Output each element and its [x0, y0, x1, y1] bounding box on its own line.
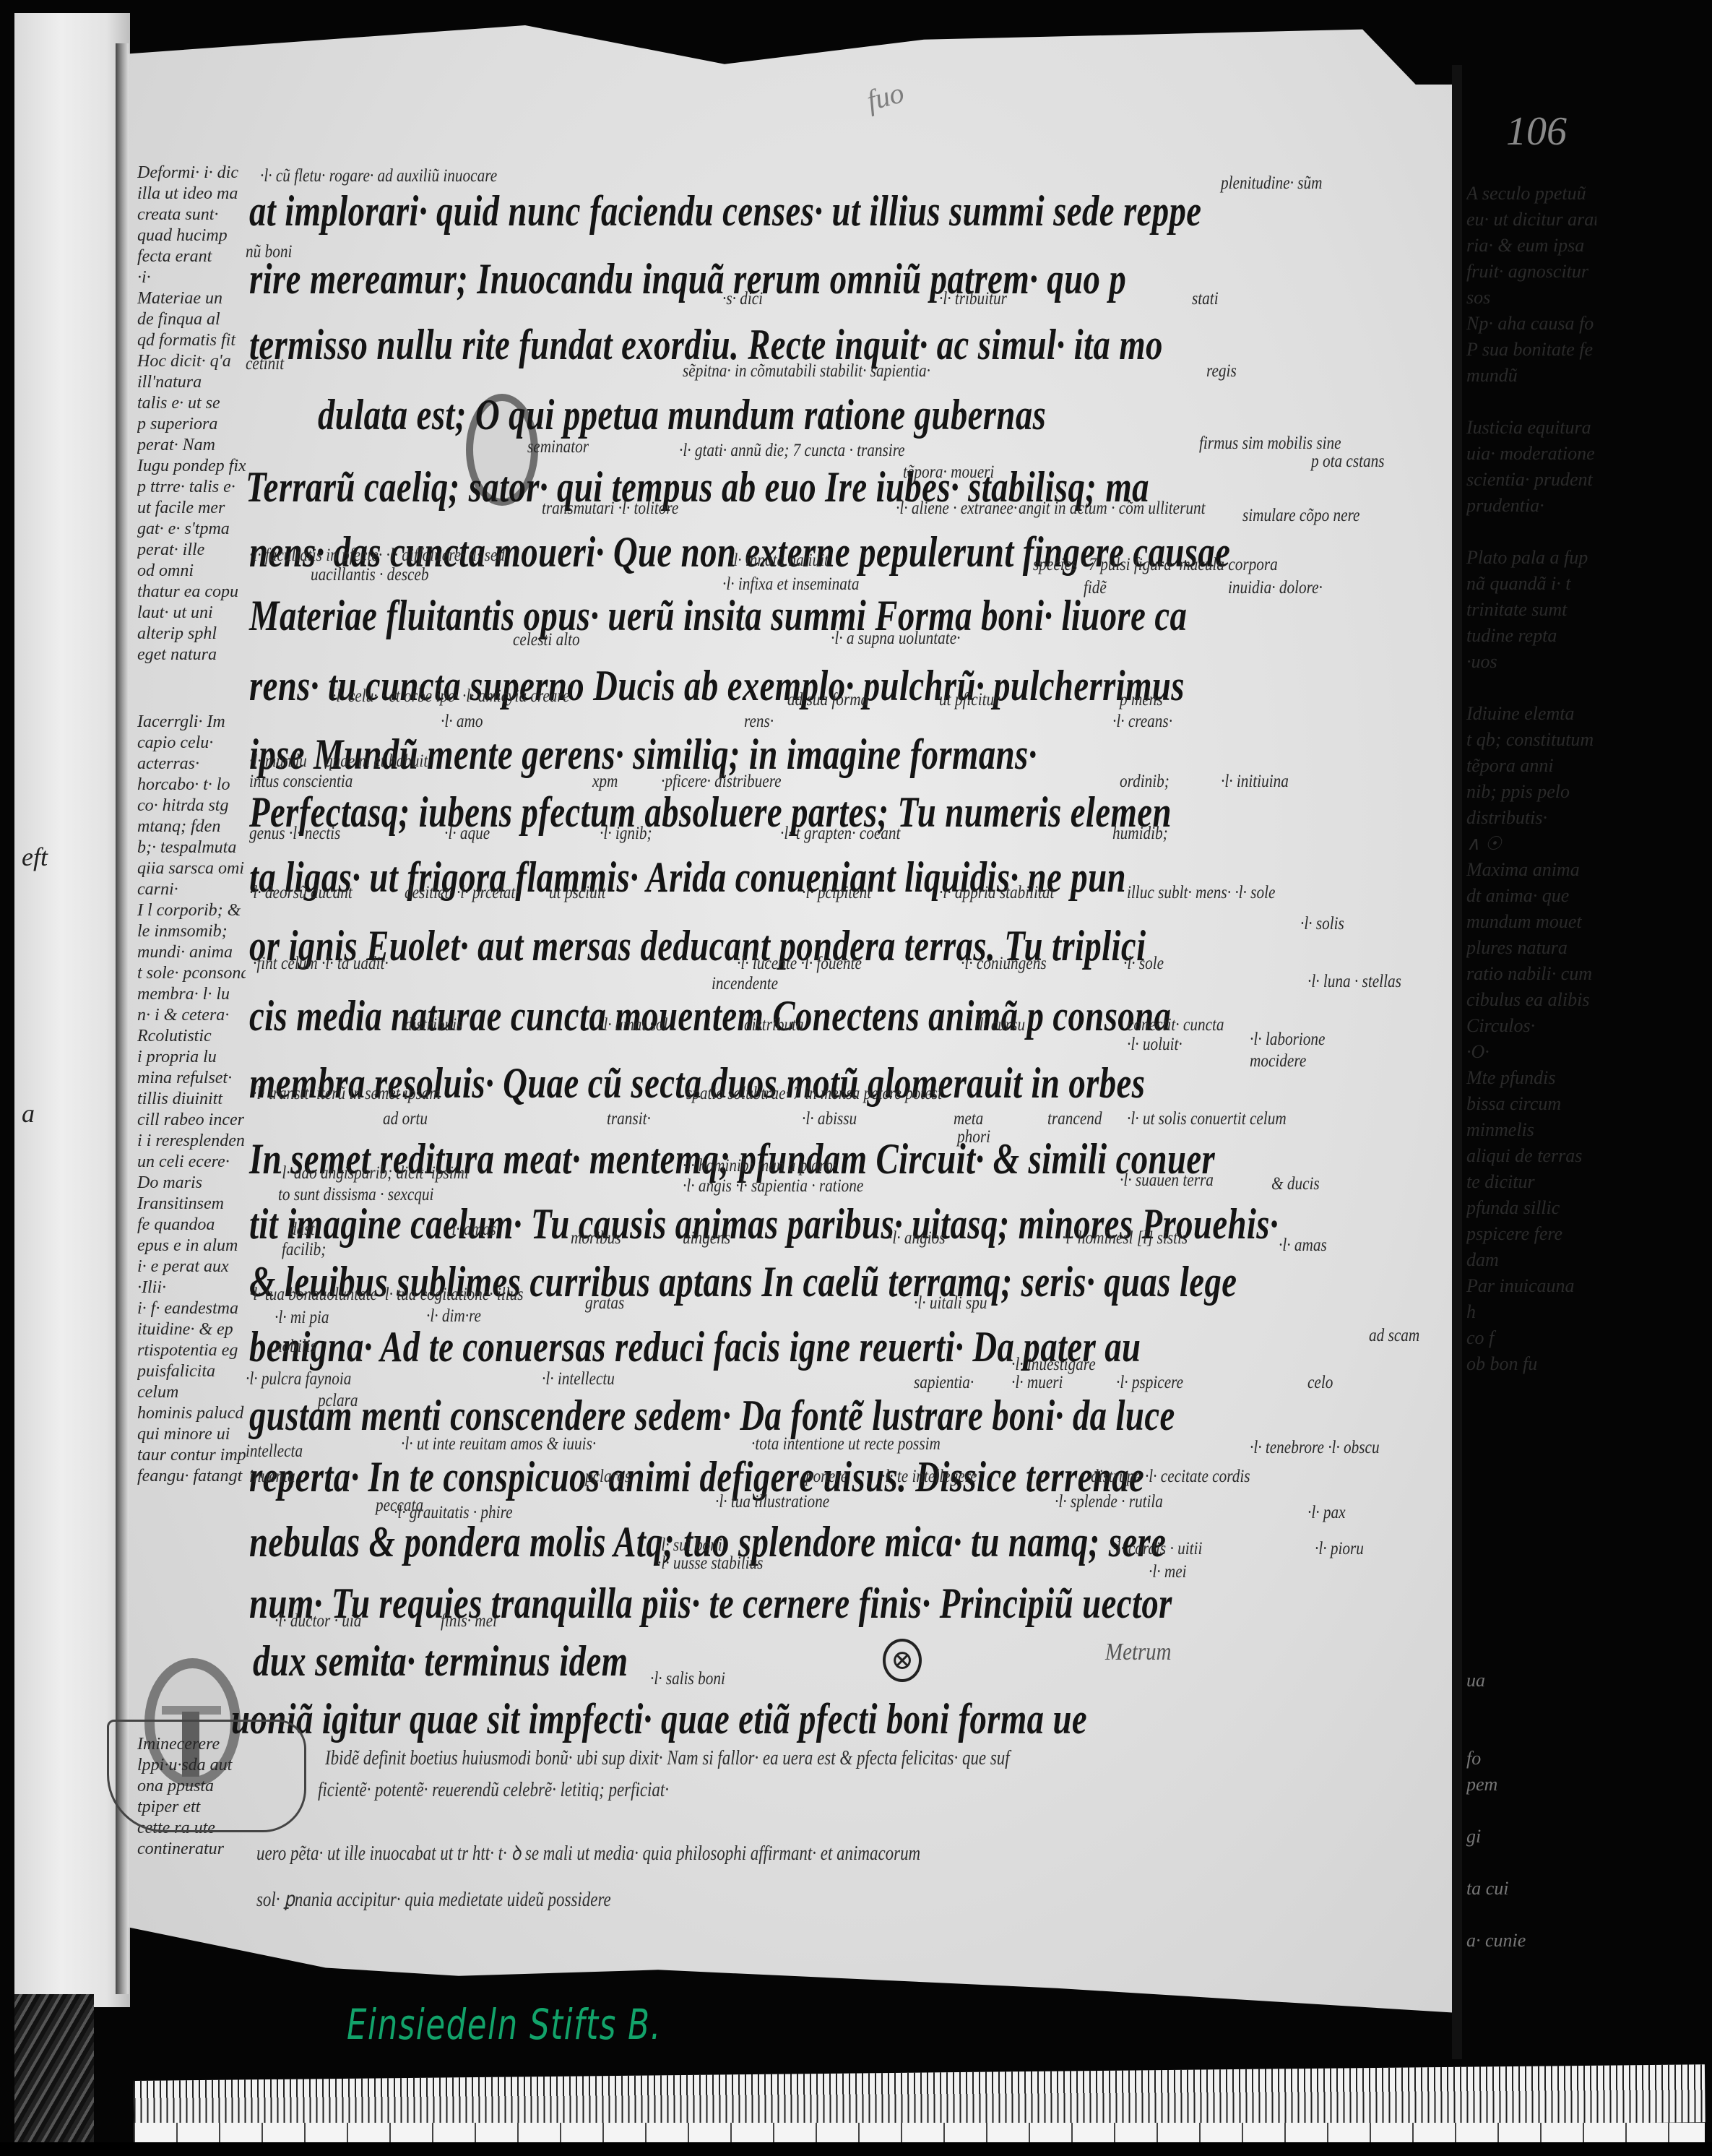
margin-gloss-line: bissa circum — [1466, 1091, 1596, 1117]
margin-gloss-line: uia· moderatione — [1466, 441, 1596, 467]
text-line: benigna· Ad te conuersas reduci facis ig… — [249, 1322, 1141, 1372]
text-line: Materiae fluitantis opus· uerũ insita su… — [249, 591, 1187, 641]
margin-gloss-line: rtispotentia eg — [137, 1340, 246, 1361]
marginal-note-box — [107, 1720, 306, 1832]
interlinear-gloss: ·l· amas — [448, 1220, 496, 1240]
interlinear-gloss: ·l· splende · rutila — [1055, 1492, 1163, 1512]
margin-gloss-line: te dicitur — [1466, 1169, 1596, 1195]
margin-gloss-line: p ttrre· talis e· — [137, 477, 246, 498]
interlinear-gloss: ·l· sui boni — [657, 1535, 722, 1556]
interlinear-gloss: dast — [289, 1220, 314, 1240]
margin-gloss-line: Rcolutistic — [137, 1026, 246, 1047]
binding-gutter — [116, 43, 129, 1994]
interlinear-gloss: ·l· pspicere — [1116, 1373, 1183, 1393]
interlinear-gloss: ·l· facultatis in pfecte· ·l· diffoluere… — [249, 546, 505, 566]
interlinear-gloss: celo — [1307, 1373, 1333, 1393]
margin-gloss-line — [1466, 1616, 1596, 1642]
interlinear-gloss: ·l· te intellegere — [881, 1467, 977, 1487]
margin-gloss-line: ·i· — [137, 267, 246, 288]
interlinear-gloss: ·l· intellectu — [542, 1369, 615, 1389]
margin-gloss-line: h — [1466, 1299, 1596, 1325]
interlinear-gloss: ·l· hominib; man a plarb· — [683, 1156, 836, 1176]
interlinear-gloss: spatio solubtrae· 7 in mensa petere pote… — [686, 1084, 942, 1104]
interlinear-gloss: & ducis — [1271, 1174, 1320, 1194]
interlinear-gloss: ·l· angis ·l· sapientia · ratione — [683, 1176, 863, 1196]
margin-gloss-line: qd formatis fit — [137, 330, 246, 351]
right-margin-block: uafopemgita cuia· cunie — [1466, 1590, 1596, 1954]
text-line: dux semita· terminus idem — [253, 1637, 628, 1686]
margin-gloss-line: mundi· anima — [137, 942, 246, 963]
interlinear-gloss: ·s· dici — [722, 289, 763, 309]
margin-gloss-line: Par inuicauna — [1466, 1273, 1596, 1299]
margin-gloss-line: cill rabeo incer — [137, 1110, 246, 1131]
margin-gloss-line — [1466, 519, 1596, 545]
margin-gloss-line: i i reresplendent — [137, 1131, 246, 1152]
margin-gloss-line: eu· ut dicitur arat — [1466, 207, 1596, 233]
margin-gloss-line: tẽpora anni — [1466, 753, 1596, 779]
interlinear-gloss: ·l· luna · stellas — [1307, 972, 1401, 992]
interlinear-gloss: desitiet· ·l· prcelat· — [405, 883, 519, 903]
interlinear-gloss: ·l· uitali spu — [914, 1293, 987, 1314]
interlinear-gloss: intus conscientia — [249, 772, 353, 792]
book-edge-texture — [14, 1994, 94, 2153]
text-line: cis media naturae cuncta mouentem Conect… — [249, 991, 1171, 1041]
text-line: uoniã igitur quae sit impfecti· quae eti… — [231, 1694, 1087, 1744]
commentary-line: sol· ꝑnania accipitur· quia medietate ui… — [256, 1887, 611, 1912]
margin-gloss-line: n· i & cetera· — [137, 1005, 246, 1026]
margin-gloss-line: alterip sphl — [137, 624, 246, 644]
interlinear-gloss: ·l· salis boni — [650, 1669, 725, 1689]
margin-gloss-line: de finqua al — [137, 309, 246, 330]
margin-gloss-line: pem — [1466, 1772, 1596, 1798]
interlinear-gloss: ·l· ut inte reuitam amos & iuuis· — [401, 1434, 596, 1454]
margin-gloss-line: Circulos· — [1466, 1013, 1596, 1039]
margin-gloss-line — [1466, 1902, 1596, 1928]
margin-gloss-line: dt anima· que — [1466, 883, 1596, 909]
interlinear-gloss: sẽpitna· in cõmutabili stabilit· sapient… — [683, 361, 930, 381]
margin-gloss-line: ill'natura — [137, 372, 246, 393]
interlinear-gloss: ·l· aque — [444, 824, 490, 844]
photo-frame: eft a 106 fuo at implorari· quid nunc fa… — [0, 0, 1712, 2156]
margin-gloss-line: contineratur — [137, 1839, 246, 1860]
interlinear-gloss: to sunt dissisma · sexcqui — [278, 1185, 433, 1205]
margin-gloss-line: plures natura — [1466, 935, 1596, 961]
interlinear-gloss: celesti alto — [513, 630, 580, 650]
margin-gloss-line: ta cui — [1466, 1876, 1596, 1902]
interlinear-gloss: ·l· innata natiuit — [730, 551, 829, 571]
interlinear-gloss: ponere — [805, 1467, 847, 1487]
interlinear-gloss: ·l· aliene · extranee· — [896, 499, 1017, 519]
margin-gloss-line: Np· aha causa fo — [1466, 311, 1596, 337]
interlinear-gloss: ·l· tenebrore ·l· obscu — [1250, 1438, 1380, 1458]
interlinear-gloss: ·l· uusse stabilius — [657, 1553, 763, 1574]
interlinear-gloss: ad scam — [1369, 1326, 1419, 1346]
left-folded-leaf — [14, 13, 130, 2007]
margin-gloss-line: ob bon fu — [1466, 1351, 1596, 1377]
margin-gloss-line: Idiuine elemta — [1466, 701, 1596, 727]
margin-gloss-line: i· f· eandestma — [137, 1298, 246, 1319]
interlinear-gloss: simulare cõpo nere — [1242, 506, 1359, 526]
interlinear-gloss: p mens — [1120, 690, 1163, 710]
left-leaf-note: a — [22, 1098, 35, 1129]
interlinear-gloss: fidẽ — [1084, 578, 1107, 598]
margin-gloss-line — [1466, 1720, 1596, 1746]
margin-gloss-line: membra· l· lu — [137, 984, 246, 1005]
margin-gloss-line: epus e in alum — [137, 1236, 246, 1256]
interlinear-gloss: firmus sim mobilis sine — [1199, 434, 1341, 454]
commentary-line: ficientẽ· potentẽ· reuerendũ celebrẽ· le… — [318, 1779, 669, 1802]
margin-gloss-line: le inmsomib; — [137, 921, 246, 942]
margin-gloss-line: od omni — [137, 561, 246, 582]
library-shelfmark: Einsiedeln Stifts B. — [347, 2000, 662, 2049]
interlinear-gloss: ordinib; — [1120, 772, 1170, 792]
margin-gloss-line: i· e perat aux — [137, 1256, 246, 1277]
interlinear-gloss: cetinit — [246, 354, 284, 374]
interlinear-gloss: nobilis — [274, 1337, 316, 1357]
interlinear-gloss: ·l· pcipitent — [802, 883, 871, 903]
commentary-line: Ibidẽ definit boetius huiusmodi bonũ· ub… — [325, 1747, 1010, 1770]
circled-x-symbol: ⊗ — [883, 1639, 922, 1682]
interlinear-gloss: stati — [1192, 289, 1219, 309]
interlinear-gloss: trancend — [1047, 1109, 1102, 1129]
margin-gloss-line: nib; ppis pelo — [1466, 779, 1596, 805]
margin-gloss-line: thatur ea copu — [137, 582, 246, 603]
interlinear-gloss: ·l· pioru — [1315, 1539, 1364, 1559]
margin-gloss-line: nã quandã i· t — [1466, 571, 1596, 597]
interlinear-gloss: genus ·l· nectis — [249, 824, 340, 844]
margin-gloss-line: feangu· fatangt — [137, 1466, 246, 1487]
margin-gloss-line: Iugu pondep fixus — [137, 456, 246, 477]
margin-gloss-line: aliqui de terras — [1466, 1143, 1596, 1169]
interlinear-gloss: transit· — [607, 1109, 651, 1129]
interlinear-gloss: uacillantis · desceb — [311, 565, 428, 585]
margin-gloss-line — [1466, 675, 1596, 701]
interlinear-gloss: ·pficere· distribuere — [661, 772, 782, 792]
interlinear-gloss: ·l· ado angisparib; dicit· ipsimi — [278, 1163, 469, 1183]
margin-gloss-line: Plato pala a fup — [1466, 545, 1596, 571]
commentary-line: uero pẽta· ut ille inuocabat ut tr htt· … — [256, 1839, 920, 1866]
interlinear-gloss: illuc sublt· mens· ·l· sole — [1127, 883, 1275, 903]
interlinear-gloss: distributa — [744, 1015, 804, 1035]
margin-gloss-line: i propria lu — [137, 1047, 246, 1068]
page-edge — [1452, 65, 1462, 2059]
interlinear-gloss: ·l· mei — [1149, 1562, 1187, 1582]
interlinear-gloss: humidib; — [1112, 824, 1168, 844]
interlinear-gloss: conectit· cuncta — [1127, 1015, 1224, 1035]
margin-gloss-line: ria· & eum ipsa — [1466, 233, 1596, 259]
interlinear-gloss: xpm — [592, 772, 618, 792]
interlinear-gloss: ·l· creans· — [1112, 712, 1172, 732]
margin-gloss-line: p superiora — [137, 414, 246, 435]
margin-gloss-line: minmelis — [1466, 1117, 1596, 1143]
margin-gloss-line: horcabo· t· lo — [137, 775, 246, 795]
margin-gloss-line: ∧ ☉ — [1466, 831, 1596, 857]
interlinear-gloss: sapientia· — [914, 1373, 974, 1393]
margin-gloss-line: t sole· pconsona — [137, 963, 246, 984]
interlinear-gloss: rens· — [744, 712, 774, 732]
margin-gloss-line: mina refulset· — [137, 1068, 246, 1089]
interlinear-gloss: incendente — [712, 974, 778, 994]
margin-gloss-line: A seculo ppetuũ — [1466, 181, 1596, 207]
interlinear-gloss: ·l· a supna uoluntate· — [831, 629, 960, 649]
margin-gloss-line: mtanq; fden — [137, 816, 246, 837]
interlinear-gloss: ·fint celum ·l· ta uadit· — [253, 954, 389, 974]
interlinear-gloss: ad sua forma — [787, 690, 868, 710]
margin-gloss-line: t qb; constitutum — [1466, 727, 1596, 753]
right-margin-block: A seculo ppetuũeu· ut dicitur aratria· &… — [1466, 181, 1596, 1377]
margin-gloss-line: laut· ut uni — [137, 603, 246, 624]
interlinear-gloss: ·l· laborione — [1250, 1030, 1325, 1050]
interlinear-gloss: ·l· pulcra faynoia — [246, 1369, 351, 1389]
interlinear-gloss: ·l· tua illustratione — [715, 1492, 829, 1512]
scale-ruler-major-ticks — [134, 2123, 1705, 2144]
margin-gloss-line: Iransitinsem — [137, 1194, 246, 1215]
interlinear-gloss: angit in actum · cõm ulliterunt — [1019, 499, 1206, 519]
margin-gloss-line — [1466, 389, 1596, 415]
interlinear-gloss: intellecta — [246, 1441, 303, 1462]
margin-gloss-line: gi — [1466, 1824, 1596, 1850]
margin-gloss-line: co· hitrda stg — [137, 795, 246, 816]
folio-number: 106 — [1506, 108, 1567, 155]
interlinear-gloss: finis· mei — [441, 1611, 497, 1631]
metrum-label: Metrum — [1105, 1639, 1172, 1666]
interlinear-gloss: mocidere — [1250, 1051, 1306, 1071]
interlinear-gloss: ·l· transit· iterũ in semet ipsam — [253, 1084, 441, 1104]
interlinear-gloss: ·l· gtati· annũ die; 7 cuncta · transire — [679, 441, 905, 461]
interlinear-gloss: ·l· appria stabilitat — [939, 883, 1054, 903]
interlinear-gloss: ·l· suauen terra — [1120, 1170, 1214, 1191]
margin-gloss-line — [1466, 1694, 1596, 1720]
margin-gloss-line: celum — [137, 1382, 246, 1403]
interlinear-gloss: ·l· infixa et inseminata — [722, 574, 859, 595]
margin-gloss-line: capio celu· — [137, 733, 246, 754]
interlinear-gloss: distrupe ·l· cecitate cordis — [1091, 1467, 1250, 1487]
interlinear-gloss: ·l· mueri — [1011, 1373, 1063, 1393]
margin-gloss-line: eget natura — [137, 644, 246, 665]
interlinear-gloss: ·l· celu· · et orbe ipe· ·l· amicyia cre… — [332, 686, 569, 707]
interlinear-gloss: ·l· hominesl [l] sistis — [1062, 1228, 1188, 1249]
interlinear-gloss: moribus — [571, 1228, 621, 1249]
margin-gloss-line: trinitate sumt — [1466, 597, 1596, 623]
margin-gloss-line: dam — [1466, 1247, 1596, 1273]
text-line: reperta· In te conspicuos animi defigere… — [249, 1452, 1144, 1502]
interlinear-gloss: ·l· cũ fletu· rogare· ad auxiliũ inuocar… — [260, 166, 497, 186]
margin-gloss-line: tillis diuinitt — [137, 1089, 246, 1110]
interlinear-gloss: ·l· lucente ·l· fouente — [737, 954, 862, 974]
interlinear-gloss: ·l· inuestigare — [1011, 1355, 1096, 1375]
margin-gloss-line: ratio nabili· cum — [1466, 961, 1596, 987]
margin-gloss-line: talis e· ut se — [137, 393, 246, 414]
margin-gloss-line: a· cunie — [1466, 1928, 1596, 1954]
margin-gloss-line: carni· — [137, 879, 246, 900]
margin-gloss-line: prudentia· — [1466, 493, 1596, 519]
interlinear-gloss: ·l· cursu — [975, 1015, 1025, 1035]
margin-gloss-line: I l corporib; & et — [137, 900, 246, 921]
margin-gloss-line: co f — [1466, 1325, 1596, 1351]
margin-gloss-line — [1466, 1798, 1596, 1824]
interlinear-gloss: regis — [1206, 361, 1237, 381]
interlinear-gloss: gratas — [585, 1293, 624, 1314]
margin-gloss-line: scientia· prudent — [1466, 467, 1596, 493]
interlinear-gloss: meta — [954, 1109, 983, 1129]
interlinear-gloss: p ota cstans — [1311, 452, 1385, 472]
interlinear-gloss: ·l· ductor · uia — [274, 1611, 361, 1631]
interlinear-gloss: facilib; — [282, 1240, 326, 1260]
interlinear-gloss: ad ortu — [383, 1109, 428, 1129]
interlinear-gloss: ut pficitur — [939, 690, 1000, 710]
margin-gloss-line: qui minore ui — [137, 1424, 246, 1445]
margin-gloss-line: mundũ — [1466, 363, 1596, 389]
interlinear-gloss: ·l· sole — [1123, 954, 1164, 974]
interlinear-gloss: ·l· t grapten· coeant — [780, 824, 900, 844]
margin-gloss-line: hominis palucd — [137, 1403, 246, 1424]
margin-gloss-line: un celi ecere· — [137, 1152, 246, 1173]
margin-gloss-line: pfunda sillic — [1466, 1195, 1596, 1221]
left-margin-block: Iacerrgli· Imcapio celu·acterras·horcabo… — [137, 712, 246, 1487]
margin-gloss-line: mundum mouet — [1466, 909, 1596, 935]
margin-gloss-line: Iacerrgli· Im — [137, 712, 246, 733]
interlinear-gloss: quae m et habuit — [325, 751, 428, 772]
interlinear-gloss: inuidia· dolore· — [1228, 578, 1323, 598]
margin-gloss-line: b;· tespalmuta — [137, 837, 246, 858]
margin-gloss-line: gat· e· s'tpma — [137, 519, 246, 540]
margin-gloss-line: ituidine· & ep — [137, 1319, 246, 1340]
interlinear-gloss: ·l· mundu — [249, 751, 307, 772]
interlinear-gloss: ·l· angios — [889, 1228, 946, 1249]
interlinear-gloss: uingens — [683, 1228, 730, 1249]
margin-gloss-line: quad hucimp — [137, 225, 246, 246]
margin-gloss-line: P sua bonitate fe — [1466, 337, 1596, 363]
interlinear-gloss: ·l· amo — [441, 712, 483, 732]
margin-gloss-line: Hoc dicit· q'a — [137, 351, 246, 372]
margin-gloss-line: ·Ilii· — [137, 1277, 246, 1298]
margin-gloss-line: acterras· — [137, 754, 246, 775]
interlinear-gloss: ·l· deorsũ ducant — [249, 883, 353, 903]
margin-gloss-line: fruit· agnoscitur — [1466, 259, 1596, 285]
margin-gloss-line: fo — [1466, 1746, 1596, 1772]
margin-gloss-line: distributis· — [1466, 805, 1596, 831]
interlinear-gloss: ·l· amas — [1279, 1236, 1327, 1256]
margin-gloss-line: fecta erant — [137, 246, 246, 267]
interlinear-gloss: distribuis — [405, 1015, 462, 1035]
interlinear-gloss: ·l· tribuitur — [939, 289, 1007, 309]
text-line: at implorari· quid nunc faciendu censes·… — [249, 186, 1201, 236]
interlinear-gloss: ·l· abissu — [802, 1109, 857, 1129]
interlinear-gloss: ·l· coniungens — [961, 954, 1047, 974]
interlinear-gloss: ·tota intentione ut recte possim — [751, 1434, 941, 1454]
interlinear-gloss: ·l· grauitatis · phire — [394, 1503, 513, 1523]
margin-gloss-line: ua — [1466, 1668, 1596, 1694]
text-line: dulata est; O qui ppetua mundum ratione … — [318, 390, 1046, 440]
photo-border — [0, 2142, 1712, 2156]
margin-gloss-line: ·uos — [1466, 649, 1596, 675]
interlinear-gloss: pclara — [318, 1391, 358, 1411]
text-line: num· Tu requies tranquilla piis· te cern… — [249, 1579, 1172, 1629]
interlinear-gloss: seminator — [527, 437, 589, 457]
margin-gloss-line: fe quandoa — [137, 1215, 246, 1236]
text-line: Perfectasq; iubens pfectum absoluere par… — [249, 788, 1172, 837]
margin-gloss-line: puisfalicita — [137, 1361, 246, 1382]
margin-gloss-line: perat· ille — [137, 540, 246, 561]
interlinear-gloss: ·l· ignib; — [600, 824, 652, 844]
margin-gloss-line: perat· Nam — [137, 435, 246, 456]
margin-gloss-line: ·O· — [1466, 1039, 1596, 1065]
interlinear-gloss: ·l· pax — [1307, 1503, 1346, 1523]
text-line: gustam menti conscendere sedem· Da fontẽ… — [249, 1391, 1175, 1441]
margin-gloss-line: ut facile mer — [137, 498, 246, 519]
margin-gloss-line: tudine repta — [1466, 623, 1596, 649]
margin-gloss-line: sos — [1466, 285, 1596, 311]
margin-gloss-line: Mte pfundis — [1466, 1065, 1596, 1091]
interlinear-gloss: nũ boni — [246, 242, 292, 262]
left-margin-block: Deformi· i· dicilla ut ideo macreata sun… — [137, 163, 246, 665]
margin-gloss-line: Maxima anima — [1466, 857, 1596, 883]
interlinear-gloss: phori — [957, 1127, 990, 1147]
interlinear-gloss: ·l· ut solis conuertit celum — [1127, 1109, 1287, 1129]
interlinear-gloss: ·l· tua bonauoluntate ·l· tua cogitation… — [249, 1285, 524, 1305]
interlinear-gloss: ·l· mi pia — [274, 1308, 329, 1328]
margin-gloss-line: Deformi· i· dic — [137, 163, 246, 184]
interlinear-gloss: ·l· solis — [1300, 914, 1344, 934]
margin-gloss-line: taur contur imp — [137, 1445, 246, 1466]
interlinear-gloss: plenitudine· sũm — [1221, 173, 1322, 194]
margin-gloss-line: Do maris — [137, 1173, 246, 1194]
interlinear-gloss: ·l· amat sol — [600, 1015, 667, 1035]
left-leaf-note: eft — [22, 842, 48, 872]
margin-gloss-line — [1466, 1850, 1596, 1876]
margin-gloss-line: creata sunt· — [137, 204, 246, 225]
margin-gloss-line — [1466, 1642, 1596, 1668]
interlinear-gloss: ·l· cordis · uitii — [1112, 1539, 1202, 1559]
interlinear-gloss: ·l· initiuina — [1221, 772, 1289, 792]
margin-gloss-line: Materiae un — [137, 288, 246, 309]
margin-gloss-line — [1466, 1590, 1596, 1616]
interlinear-gloss: pclaros — [585, 1467, 631, 1487]
interlinear-gloss: tẽpora· moueri — [903, 462, 994, 483]
margin-gloss-line: illa ut ideo ma — [137, 184, 246, 204]
margin-gloss-line: Iusticia equitura — [1466, 415, 1596, 441]
interlinear-gloss: inuenta — [249, 1467, 295, 1487]
interlinear-gloss: transmutari ·l· tolitore — [542, 499, 678, 519]
interlinear-gloss: ut psciuit — [549, 883, 606, 903]
margin-gloss-line: cibulus ea alibis — [1466, 987, 1596, 1013]
interlinear-gloss: ·l· uoluit· — [1127, 1035, 1183, 1055]
interlinear-gloss: species · 7 pulsi figura· macula corpora — [1033, 555, 1278, 575]
margin-gloss-line: qiia sarsca omi — [137, 858, 246, 879]
interlinear-gloss: ·l· dim·re — [426, 1306, 481, 1327]
margin-gloss-line: pspicere fere — [1466, 1221, 1596, 1247]
